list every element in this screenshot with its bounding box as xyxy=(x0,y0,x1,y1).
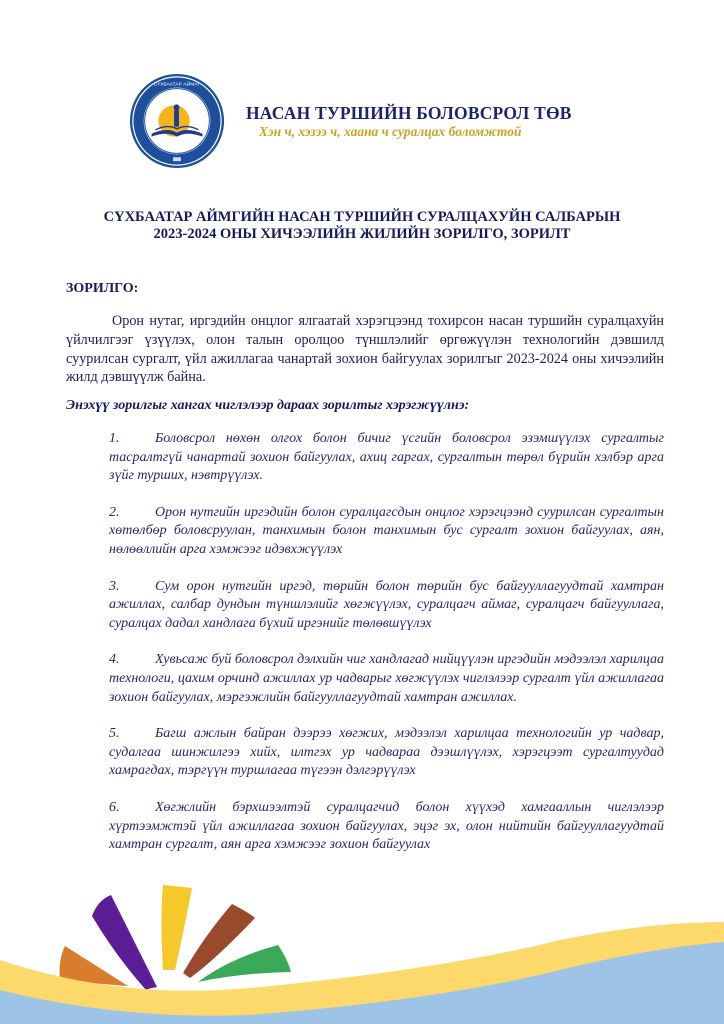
objectives-heading: Энэхүү зорилгыг хангах чиглэлээр дараах … xyxy=(66,398,469,414)
objective-text: Сум орон нутгийн иргэд, төрийн болон төр… xyxy=(109,579,664,631)
objective-number: 4. xyxy=(109,651,155,670)
organization-seal-icon: СҮХБААТАР АЙМАГ xyxy=(128,72,226,170)
objective-number: 6. xyxy=(109,799,155,818)
objective-text: Хувьсаж буй боловсрол дэлхийн чиг хандла… xyxy=(109,652,664,704)
objective-item: 1.Боловсрол нөхөн олгох болон бичиг үсги… xyxy=(109,430,664,486)
objective-text: Боловсрол нөхөн олгох болон бичиг үсгийн… xyxy=(109,431,664,483)
objective-item: 2.Орон нутгийн иргэдийн болон суралцагсд… xyxy=(109,504,664,560)
objective-item: 3.Сум орон нутгийн иргэд, төрийн болон т… xyxy=(109,578,664,634)
objective-number: 5. xyxy=(109,725,155,744)
section-heading-goal: ЗОРИЛГО: xyxy=(66,281,138,297)
objectives-list: 1.Боловсрол нөхөн олгох болон бичиг үсги… xyxy=(109,430,664,873)
document-title: СҮХБААТАР АЙМГИЙН НАСАН ТУРШИЙН СУРАЛЦАХ… xyxy=(0,209,724,243)
organization-title: НАСАН ТУРШИЙН БОЛОВСРОЛ ТӨВ xyxy=(246,103,572,124)
objective-text: Багш ажлын байран дээрээ хөгжих, мэдээлэ… xyxy=(109,726,664,778)
objective-number: 1. xyxy=(109,430,155,449)
document-title-line-2: 2023-2024 ОНЫ ХИЧЭЭЛИЙН ЖИЛИЙН ЗОРИЛГО, … xyxy=(0,226,724,243)
objective-item: 6.Хөгжлийн бэрхшээлтэй суралцагчид болон… xyxy=(109,799,664,855)
organization-slogan: Хэн ч, хэзээ ч, хаана ч суралцах боломжт… xyxy=(259,124,522,140)
objective-number: 2. xyxy=(109,504,155,523)
document-title-line-1: СҮХБААТАР АЙМГИЙН НАСАН ТУРШИЙН СУРАЛЦАХ… xyxy=(0,209,724,226)
document-header: СҮХБААТАР АЙМАГ НАСАН ТУРШИЙН БОЛОВСРОЛ … xyxy=(128,72,608,172)
objective-text: Хөгжлийн бэрхшээлтэй суралцагчид болон х… xyxy=(109,800,664,852)
sunrise-rays-wave-icon xyxy=(0,860,724,1024)
objective-item: 4.Хувьсаж буй боловсрол дэлхийн чиг ханд… xyxy=(109,651,664,707)
objective-text: Орон нутгийн иргэдийн болон суралцагсдын… xyxy=(109,505,664,557)
objective-item: 5.Багш ажлын байран дээрээ хөгжих, мэдээ… xyxy=(109,725,664,781)
goal-paragraph: Орон нутаг, иргэдийн онцлог ялгаатай хэр… xyxy=(66,312,664,387)
objective-number: 3. xyxy=(109,578,155,597)
